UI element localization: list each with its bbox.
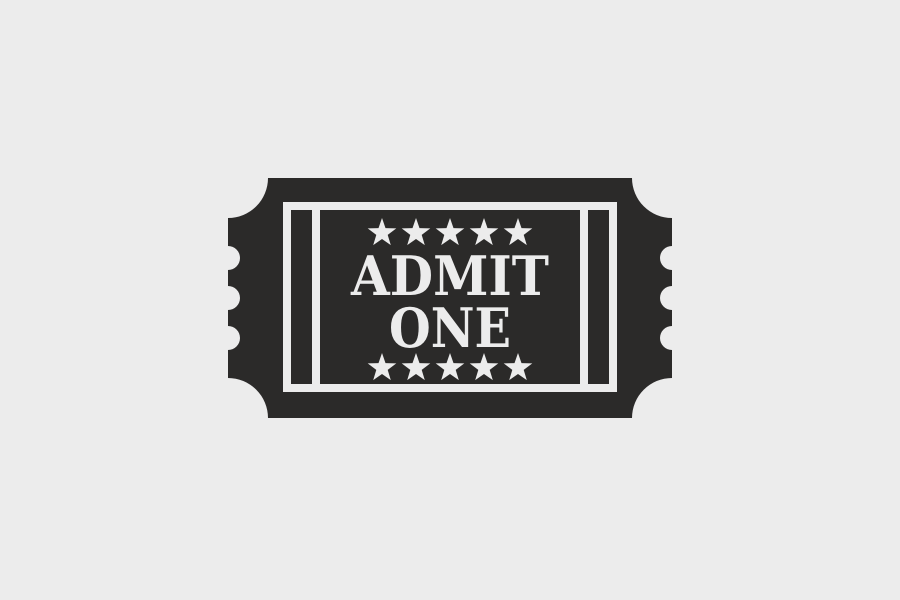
admit-one-ticket-graphic: ADMIT ONE xyxy=(0,0,900,600)
ticket-text-line2: ONE xyxy=(389,296,511,360)
ticket-right-stub-divider xyxy=(580,210,588,384)
ticket-left-stub-divider xyxy=(312,210,320,384)
canvas-background: ADMIT ONE xyxy=(0,0,900,600)
